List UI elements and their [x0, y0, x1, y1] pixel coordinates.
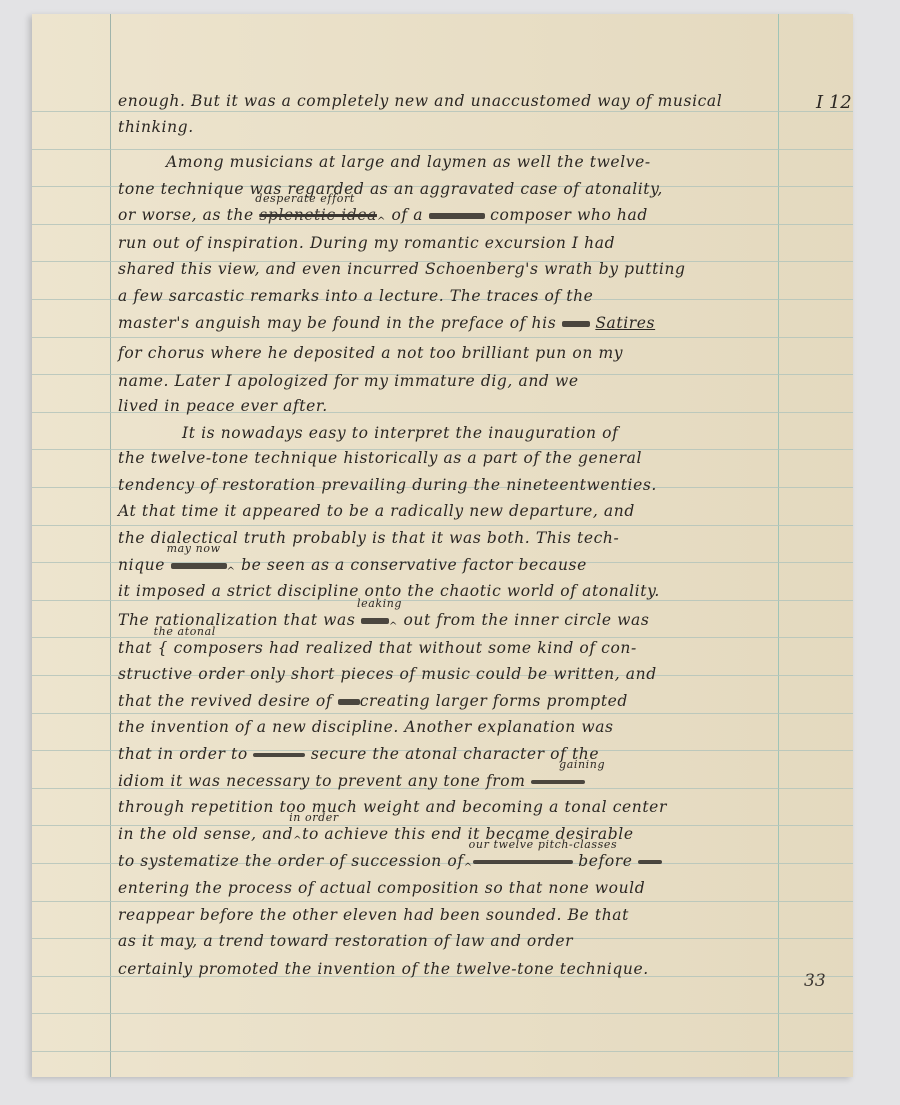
insertion-text: the atonal — [154, 625, 216, 638]
text-line-revised: that the atonal{ composers had realized … — [118, 639, 637, 657]
text-line: for chorus where he deposited a not too … — [118, 344, 623, 362]
insertion-text: gaining — [559, 758, 605, 771]
revision: in order^ — [293, 825, 302, 843]
scribbled-word — [361, 618, 389, 624]
text-line: Among musicians at large and laymen as w… — [166, 153, 651, 171]
insertion-text: in order — [289, 811, 339, 824]
struck-text: splenetic idea — [259, 206, 377, 224]
text-line: tone technique was regarded as an aggrav… — [118, 180, 663, 198]
text: composer who had — [490, 206, 648, 224]
text: master's anguish may be found in the pre… — [118, 314, 556, 332]
caret-mark: ^ — [227, 566, 236, 577]
left-margin-line — [110, 14, 111, 1077]
section-mark: I 12 — [816, 92, 852, 113]
text: in the old sense, and — [118, 825, 293, 843]
rule-line — [32, 713, 853, 714]
text-line: lived in peace ever after. — [118, 397, 328, 415]
text-line-revised: to systematize the order of succession o… — [118, 852, 662, 873]
text-line: run out of inspiration. During my romant… — [118, 234, 615, 252]
scribbled-word — [171, 563, 227, 569]
revision: our twelve pitch-classes — [473, 852, 573, 870]
text-line: At that time it appeared to be a radical… — [118, 502, 635, 520]
scribbled-word — [531, 780, 585, 784]
text-line: structive order only short pieces of mus… — [118, 665, 657, 683]
caret-mark: ^ — [389, 621, 398, 632]
rule-line — [32, 901, 853, 902]
revision: may now — [171, 556, 227, 574]
text-line: through repetition too much weight and b… — [118, 798, 667, 816]
text-line: tendency of restoration prevailing durin… — [118, 476, 657, 494]
text-line: entering the process of actual compositi… — [118, 879, 645, 897]
scribbled-word — [429, 213, 485, 219]
text-line: reappear before the other eleven had bee… — [118, 906, 629, 924]
caret-mark: ^ — [377, 216, 386, 227]
rule-line — [32, 149, 853, 150]
manuscript-page: I 12 enough. But it was a completely new… — [32, 14, 853, 1077]
caret-mark: ^ — [293, 835, 302, 846]
text: to systematize the order of succession o… — [118, 852, 464, 870]
text-line: a few sarcastic remarks into a lecture. … — [118, 287, 593, 305]
text-line-revised: nique may now^ be seen as a conservative… — [118, 556, 587, 577]
insertion-text: our twelve pitch-classes — [469, 838, 618, 851]
text-line: as it may, a trend toward restoration of… — [118, 932, 573, 950]
page-number: 33 — [804, 971, 826, 991]
revision: the atonal{ — [158, 639, 168, 657]
scribbled-word — [253, 753, 305, 757]
text-line: It is nowadays easy to interpret the ina… — [182, 424, 618, 442]
text: before — [578, 852, 632, 870]
scribbled-word — [562, 321, 590, 327]
text-line: the invention of a new discipline. Anoth… — [118, 718, 614, 736]
text: creating larger forms prompted — [360, 692, 628, 710]
text-line-revised: that the revived desire of creating larg… — [118, 692, 628, 710]
text-line-revised: master's anguish may be found in the pre… — [118, 314, 655, 332]
text: or worse, as the — [118, 206, 254, 224]
text: that — [118, 639, 152, 657]
text-line: the twelve-tone technique historically a… — [118, 449, 642, 467]
right-margin-line — [778, 14, 779, 1077]
insertion-text: desperate effort — [255, 192, 355, 205]
rule-line — [32, 111, 853, 112]
text-line-revised: idiom it was necessary to prevent any to… — [118, 772, 585, 790]
text-line: thinking. — [118, 118, 194, 136]
text-line-revised: that in order to secure the atonal chara… — [118, 745, 599, 763]
text: idiom it was necessary to prevent any to… — [118, 772, 526, 790]
text-line: certainly promoted the invention of the … — [118, 960, 649, 978]
text-line: name. Later I apologized for my immature… — [118, 372, 579, 390]
text: of a — [391, 206, 423, 224]
rule-line — [32, 525, 853, 526]
text-line: shared this view, and even incurred Scho… — [118, 260, 686, 278]
revision: gaining — [531, 772, 585, 790]
caret-mark: ^ — [464, 862, 473, 873]
text-line: enough. But it was a completely new and … — [118, 92, 722, 110]
text-line-revised: or worse, as the desperate effortsplenet… — [118, 206, 648, 227]
rule-line — [32, 337, 853, 338]
text: that in order to — [118, 745, 248, 763]
text: that the revived desire of — [118, 692, 332, 710]
text: composers had realized that without some… — [174, 639, 637, 657]
underlined-title: Satires — [595, 314, 655, 332]
text: secure the atonal character of the — [311, 745, 599, 763]
scribbled-word — [638, 860, 662, 864]
scribbled-word — [338, 699, 360, 705]
text: be seen as a conservative factor because — [241, 556, 587, 574]
rule-line — [32, 1051, 853, 1052]
text: nique — [118, 556, 165, 574]
revision: desperate effortsplenetic idea — [259, 206, 377, 224]
scribbled-word — [473, 860, 573, 864]
revision: leaking — [361, 611, 389, 629]
insertion-text: may now — [167, 542, 221, 555]
insertion-text: leaking — [357, 597, 402, 610]
rule-line — [32, 1013, 853, 1014]
text: out from the inner circle was — [403, 611, 649, 629]
